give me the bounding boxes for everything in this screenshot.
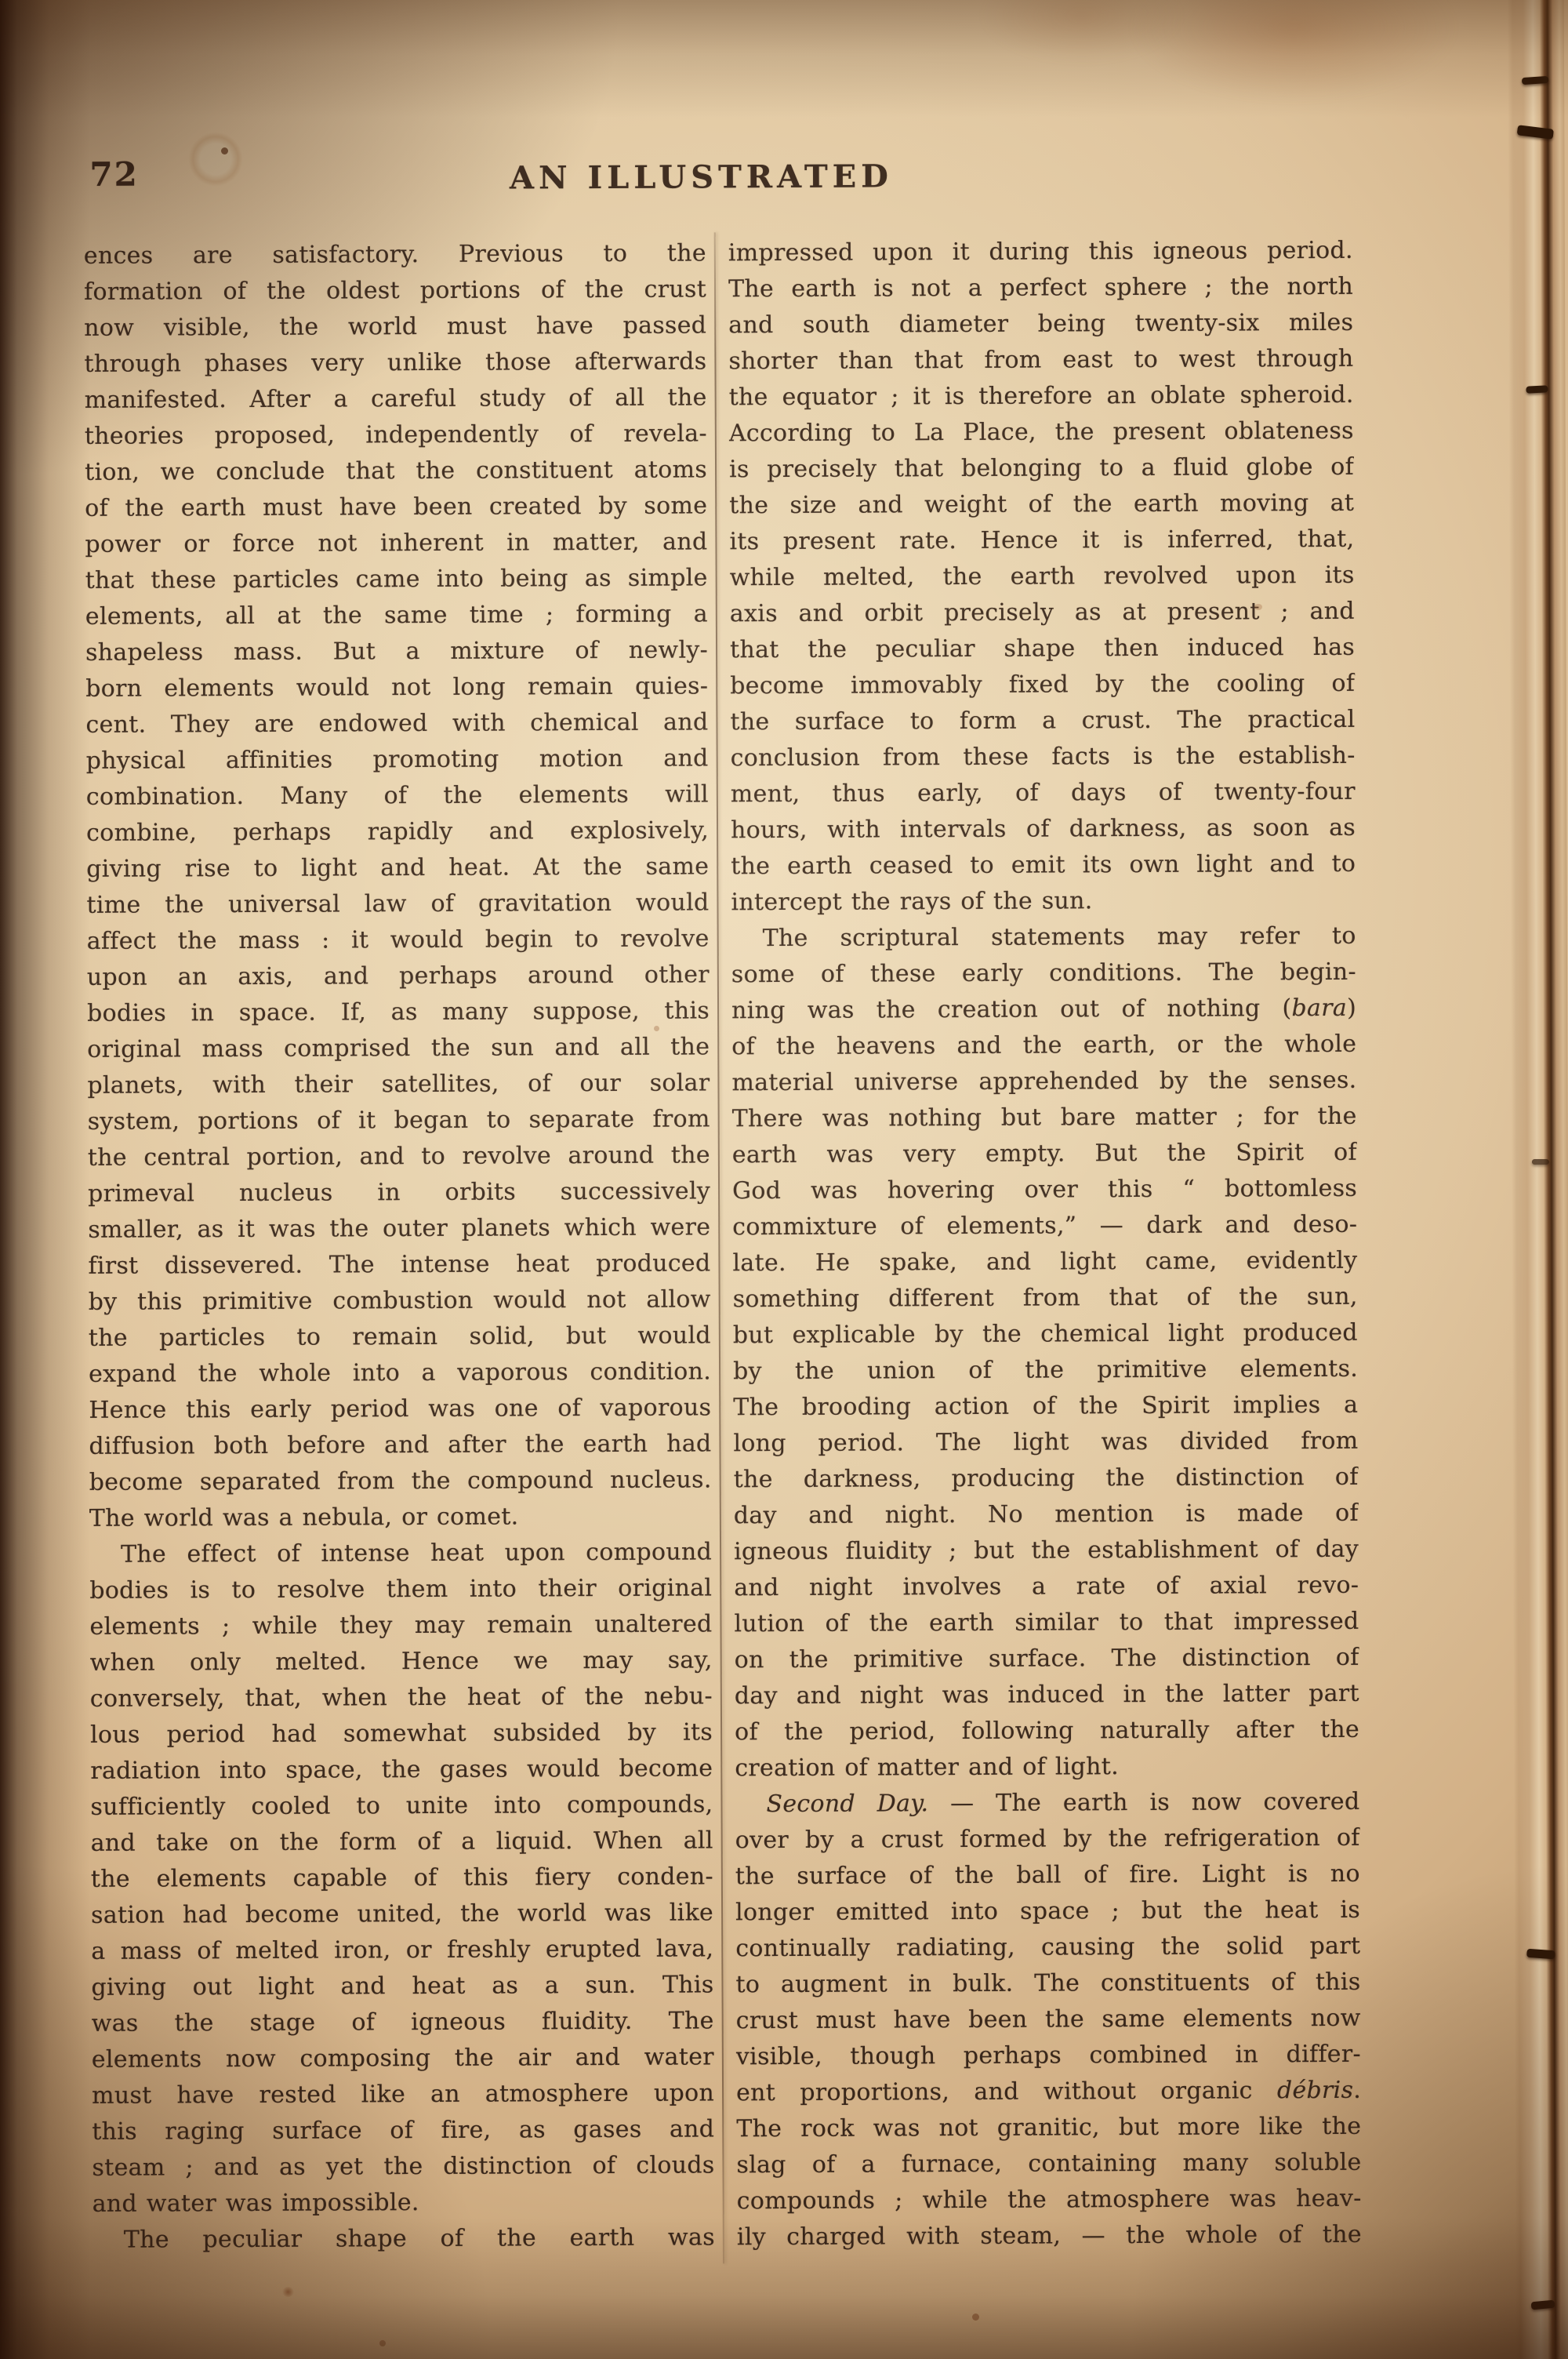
text-line: ent proportions, and without organic déb…: [736, 2073, 1361, 2111]
text-line: and take on the form of a liquid. When a…: [91, 1823, 713, 1861]
text-line: manifested. After a careful study of all…: [85, 380, 707, 418]
text-line: through phases very unlike those afterwa…: [84, 343, 706, 382]
text-line: power or force not inherent in matter, a…: [85, 524, 707, 562]
text-line: lous period had somewhat subsided by its: [90, 1714, 713, 1753]
text-line: on the primitive surface. The distinctio…: [735, 1640, 1359, 1678]
text-line: by the union of the primitive elements.: [733, 1351, 1358, 1390]
text-line: physical affinities promoting motion and: [86, 740, 709, 779]
text-line: while melted, the earth revolved upon it…: [730, 558, 1355, 596]
text-line: intercept the rays of the sun.: [731, 882, 1356, 921]
text-line: day and night was induced in the latter …: [735, 1676, 1359, 1714]
text-line: ences are satisfactory. Previous to the: [84, 235, 706, 274]
text-line: conclusion from these facts is the estab…: [731, 738, 1356, 776]
text-line: The brooding action of the Spirit implie…: [733, 1387, 1358, 1426]
text-line: sufficiently cooled to unite into compou…: [90, 1787, 713, 1825]
text-line: and night involves a rate of axial revo-: [734, 1568, 1359, 1606]
text-line: hours, with intervals of darkness, as so…: [731, 810, 1356, 849]
text-line: The effect of intense heat upon compound: [89, 1534, 712, 1572]
text-line: cent. They are endowed with chemical and: [85, 704, 708, 743]
text-line: of the period, following naturally after…: [735, 1712, 1359, 1750]
text-line: elements now composing the air and water: [92, 2039, 714, 2077]
text-line: of the earth must have been created by s…: [85, 488, 707, 526]
text-line: axis and orbit precisely as at present ;…: [730, 594, 1355, 632]
text-line: its present rate. Hence it is inferred, …: [729, 522, 1354, 560]
text-line: when only melted. Hence we may say,: [90, 1642, 713, 1681]
text-line: The rock was not granitic, but more like…: [736, 2109, 1361, 2147]
text-line: According to La Place, the present oblat…: [729, 413, 1354, 452]
text-line: tion, we conclude that the constituent a…: [85, 452, 707, 490]
text-line: the surface of the ball of fire. Light i…: [735, 1856, 1360, 1895]
text-line: some of these early conditions. The begi…: [731, 954, 1356, 993]
binding-torn-edge: [1508, 0, 1568, 2359]
text-line: the elements capable of this fiery conde…: [91, 1859, 713, 1897]
page-number: 72: [89, 155, 139, 194]
text-line: shapeless mass. But a mixture of newly-: [85, 632, 708, 671]
text-line: over by a crust formed by the refrigerat…: [735, 1820, 1360, 1859]
text-line: commixture of elements,” — dark and deso…: [732, 1207, 1357, 1245]
text-line: day and night. No mention is made of: [734, 1496, 1359, 1534]
text-line: crust must have been the same elements n…: [736, 2001, 1361, 2039]
binding-tear: [1517, 125, 1554, 140]
text-line: smaller, as it was the outer planets whi…: [88, 1209, 710, 1248]
text-line: conversely, that, when the heat of the n…: [90, 1678, 713, 1717]
binding-tear: [1522, 76, 1549, 85]
binding-tear: [1526, 385, 1548, 393]
text-line: compounds ; while the atmosphere was hea…: [737, 2181, 1362, 2219]
text-line: creation of matter and of light.: [735, 1748, 1359, 1787]
text-line: but explicable by the chemical light pro…: [733, 1315, 1358, 1354]
text-line: formation of the oldest portions of the …: [84, 271, 706, 310]
text-line: ning was the creation out of nothing (ba…: [731, 990, 1356, 1029]
text-line: steam ; and as yet the distinction of cl…: [92, 2147, 714, 2186]
text-line: ily charged with steam, — the whole of t…: [737, 2217, 1362, 2255]
text-line: giving rise to light and heat. At the sa…: [86, 849, 709, 887]
text-line: time the universal law of gravitation wo…: [86, 885, 709, 923]
text-line: the darkness, producing the distinction …: [734, 1459, 1359, 1498]
text-line: affect the mass : it would begin to revo…: [87, 921, 710, 959]
text-line: by this primitive combustion would not a…: [89, 1281, 711, 1320]
text-line: The scriptural statements may refer to: [731, 918, 1356, 957]
text-line: become immovably fixed by the cooling of: [730, 666, 1355, 704]
text-line: late. He spake, and light came, evidentl…: [732, 1243, 1357, 1281]
text-line: giving out light and heat as a sun. This: [91, 1967, 713, 2005]
text-line: material universe apprehended by the sen…: [731, 1063, 1356, 1101]
text-line: shorter than that from east to west thro…: [728, 341, 1353, 380]
text-line: earth was very empty. But the Spirit of: [732, 1135, 1357, 1173]
text-line: bodies in space. If, as many suppose, th…: [87, 993, 710, 1031]
text-line: the equator ; it is therefore an oblate …: [729, 377, 1354, 416]
text-line: the size and weight of the earth moving …: [729, 485, 1354, 524]
text-line: this raging surface of fire, as gases an…: [92, 2111, 714, 2150]
text-line: Hence this early period was one of vapor…: [89, 1390, 711, 1428]
text-line: and south diameter being twenty-six mile…: [728, 305, 1353, 343]
text-line: was the stage of igneous fluidity. The: [92, 2003, 714, 2041]
text-line: first dissevered. The intense heat produ…: [88, 1245, 710, 1284]
text-line: There was nothing but bare matter ; for …: [732, 1099, 1357, 1137]
text-line: elements, all at the same time ; forming…: [85, 596, 708, 634]
binding-tear: [1532, 1159, 1549, 1165]
text-line: diffusion both before and after the eart…: [89, 1426, 711, 1464]
binding-tear: [1531, 2300, 1555, 2310]
text-line: become separated from the compound nucle…: [89, 1462, 712, 1500]
text-line: theories proposed, independently of reve…: [85, 416, 707, 454]
text-line: impressed upon it during this igneous pe…: [728, 233, 1353, 271]
text-line: something different from that of the sun…: [733, 1279, 1358, 1318]
text-line: of the heavens and the earth, or the who…: [731, 1027, 1356, 1065]
text-line: continually radiating, causing the solid…: [735, 1928, 1360, 1967]
text-line: elements ; while they may remain unalter…: [89, 1606, 712, 1645]
text-line: that the peculiar shape then induced has: [730, 630, 1355, 668]
right-column: impressed upon it during this igneous pe…: [728, 233, 1362, 2255]
text-line: ment, thus early, of days of twenty-four: [731, 774, 1356, 812]
text-line: slag of a furnace, containing many solub…: [736, 2145, 1361, 2183]
text-line: expand the whole into a vaporous conditi…: [89, 1354, 711, 1392]
text-line: born elements would not long remain quie…: [85, 668, 708, 707]
text-line: The peculiar shape of the earth was: [93, 2219, 715, 2258]
text-line: The earth is not a perfect sphere ; the …: [728, 269, 1353, 307]
text-line: and water was impossible.: [93, 2183, 715, 2222]
text-line: radiation into space, the gases would be…: [90, 1750, 713, 1789]
text-line: original mass comprised the sun and all …: [87, 1029, 710, 1067]
text-line: Second Day. — The earth is now covered: [735, 1784, 1359, 1823]
text-line: lution of the earth similar to that impr…: [734, 1604, 1359, 1642]
text-line: long period. The light was divided from: [733, 1423, 1358, 1462]
text-line: sation had become united, the world was …: [91, 1895, 713, 1933]
text-line: igneous fluidity ; but the establishment…: [734, 1532, 1359, 1570]
left-column: ences are satisfactory. Previous to thef…: [84, 235, 715, 2258]
text-line: must have rested like an atmosphere upon: [92, 2075, 714, 2114]
text-line: upon an axis, and perhaps around other: [87, 957, 710, 995]
page-content: 72 AN ILLUSTRATED ences are satisfactory…: [0, 0, 1568, 2359]
text-line: combination. Many of the elements will: [86, 776, 709, 815]
text-line: to augment in bulk. The constituents of …: [735, 1965, 1360, 2003]
text-line: the particles to remain solid, but would: [89, 1318, 711, 1356]
text-line: bodies is to resolve them into their ori…: [89, 1570, 712, 1608]
column-divider-rule: [714, 232, 724, 2263]
text-line: visible, though perhaps combined in diff…: [736, 2037, 1361, 2075]
text-line: a mass of melted iron, or freshly erupte…: [91, 1931, 713, 1969]
running-header: AN ILLUSTRATED: [481, 158, 920, 196]
text-line: is precisely that belonging to a fluid g…: [729, 449, 1354, 488]
text-line: that these particles came into being as …: [85, 560, 708, 598]
text-line: The world was a nebula, or comet.: [89, 1498, 712, 1536]
text-line: primeval nucleus in orbits successively: [88, 1173, 710, 1212]
binding-tear: [1526, 1949, 1555, 1959]
text-line: combine, perhaps rapidly and explosively…: [86, 812, 709, 851]
text-line: the surface to form a crust. The practic…: [730, 702, 1355, 740]
text-line: now visible, the world must have passed: [84, 307, 706, 346]
text-line: the earth ceased to emit its own light a…: [731, 846, 1356, 885]
text-line: longer emitted into space ; but the heat…: [735, 1892, 1360, 1931]
text-line: system, portions of it began to separate…: [88, 1101, 710, 1140]
text-line: God was hovering over this “ bottomless: [732, 1171, 1357, 1209]
text-line: planets, with their satellites, of our s…: [87, 1065, 710, 1103]
text-line: the central portion, and to revolve arou…: [88, 1137, 710, 1176]
